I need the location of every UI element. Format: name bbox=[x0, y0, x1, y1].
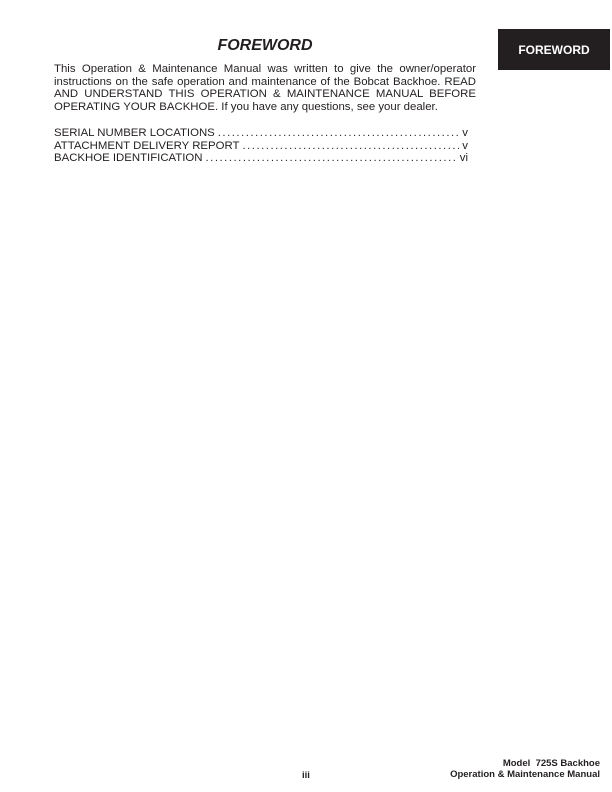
foreword-paragraph: This Operation & Maintenance Manual was … bbox=[54, 63, 476, 113]
toc-leader-dots bbox=[206, 152, 457, 165]
toc-entry-label: BACKHOE IDENTIFICATION bbox=[54, 152, 203, 165]
toc-entry-label: ATTACHMENT DELIVERY REPORT bbox=[54, 140, 239, 153]
toc-entry[interactable]: ATTACHMENT DELIVERY REPORT v bbox=[54, 140, 468, 153]
toc-entry[interactable]: BACKHOE IDENTIFICATION vi bbox=[54, 152, 468, 165]
page-title: FOREWORD bbox=[54, 37, 476, 55]
toc-entry-page: vi bbox=[460, 152, 468, 165]
footer-model: Model 725S Backhoe bbox=[450, 758, 600, 769]
toc-entry-page: v bbox=[462, 140, 468, 153]
section-tab: FOREWORD bbox=[498, 29, 610, 70]
toc-leader-dots bbox=[242, 140, 459, 153]
toc-entry[interactable]: SERIAL NUMBER LOCATIONS v bbox=[54, 127, 468, 140]
table-of-contents: SERIAL NUMBER LOCATIONS v ATTACHMENT DEL… bbox=[54, 127, 468, 165]
toc-leader-dots bbox=[218, 127, 460, 140]
toc-entry-label: SERIAL NUMBER LOCATIONS bbox=[54, 127, 215, 140]
footer-manual-title: Operation & Maintenance Manual bbox=[450, 769, 600, 780]
footer-manual-info: Model 725S Backhoe Operation & Maintenan… bbox=[450, 758, 600, 780]
section-tab-label: FOREWORD bbox=[518, 43, 589, 57]
toc-entry-page: v bbox=[462, 127, 468, 140]
